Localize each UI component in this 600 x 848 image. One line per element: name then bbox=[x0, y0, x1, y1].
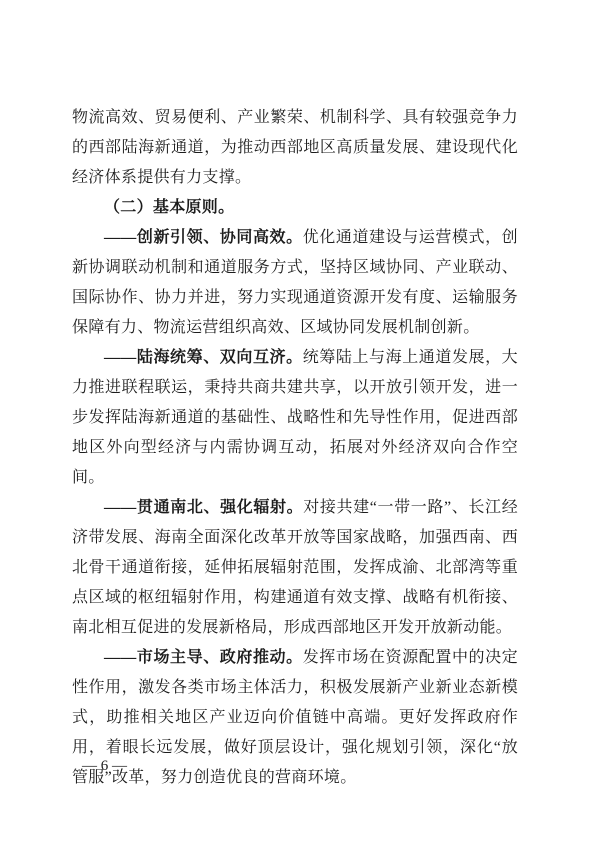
principle-lead: ——市场主导、政府推动。 bbox=[104, 649, 303, 666]
paragraph-principle: ——创新引领、协同高效。优化通道建设与运营模式，创新协调联动机制和通道服务方式，… bbox=[72, 223, 518, 343]
paragraph-text: 对接共建“一带一路”、长江经济带发展、海南全面深化改革开放等国家战略，加强西南、… bbox=[72, 499, 518, 636]
paragraph-text: 发挥市场在资源配置中的决定性作用，激发各类市场主体活力，积极发展新产业新业态新模… bbox=[72, 649, 518, 786]
page-number-text: — 6 — bbox=[82, 758, 127, 774]
paragraph-text: 统筹陆上与海上通道发展，大力推进联程联运，秉持共商共建共享，以开放引领开发，进一… bbox=[72, 349, 518, 486]
section-heading: （二）基本原则。 bbox=[72, 193, 518, 223]
principle-lead: ——创新引领、协同高效。 bbox=[104, 229, 303, 246]
page-number: — 6 — bbox=[82, 756, 127, 776]
paragraph-principle: ——市场主导、政府推动。发挥市场在资源配置中的决定性作用，激发各类市场主体活力，… bbox=[72, 643, 518, 793]
paragraph-principle: ——陆海统筹、双向互济。统筹陆上与海上通道发展，大力推进联程联运，秉持共商共建共… bbox=[72, 343, 518, 493]
paragraph-text: 物流高效、贸易便利、产业繁荣、机制科学、具有较强竞争力的西部陆海新通道，为推动西… bbox=[72, 109, 518, 186]
section-heading-text: （二）基本原则。 bbox=[104, 199, 234, 216]
document-body: 物流高效、贸易便利、产业繁荣、机制科学、具有较强竞争力的西部陆海新通道，为推动西… bbox=[72, 103, 518, 793]
paragraph-continuation: 物流高效、贸易便利、产业繁荣、机制科学、具有较强竞争力的西部陆海新通道，为推动西… bbox=[72, 103, 518, 193]
paragraph-principle: ——贯通南北、强化辐射。对接共建“一带一路”、长江经济带发展、海南全面深化改革开… bbox=[72, 493, 518, 643]
principle-lead: ——陆海统筹、双向互济。 bbox=[104, 349, 303, 366]
principle-lead: ——贯通南北、强化辐射。 bbox=[104, 499, 303, 516]
document-page: 物流高效、贸易便利、产业繁荣、机制科学、具有较强竞争力的西部陆海新通道，为推动西… bbox=[0, 0, 600, 848]
